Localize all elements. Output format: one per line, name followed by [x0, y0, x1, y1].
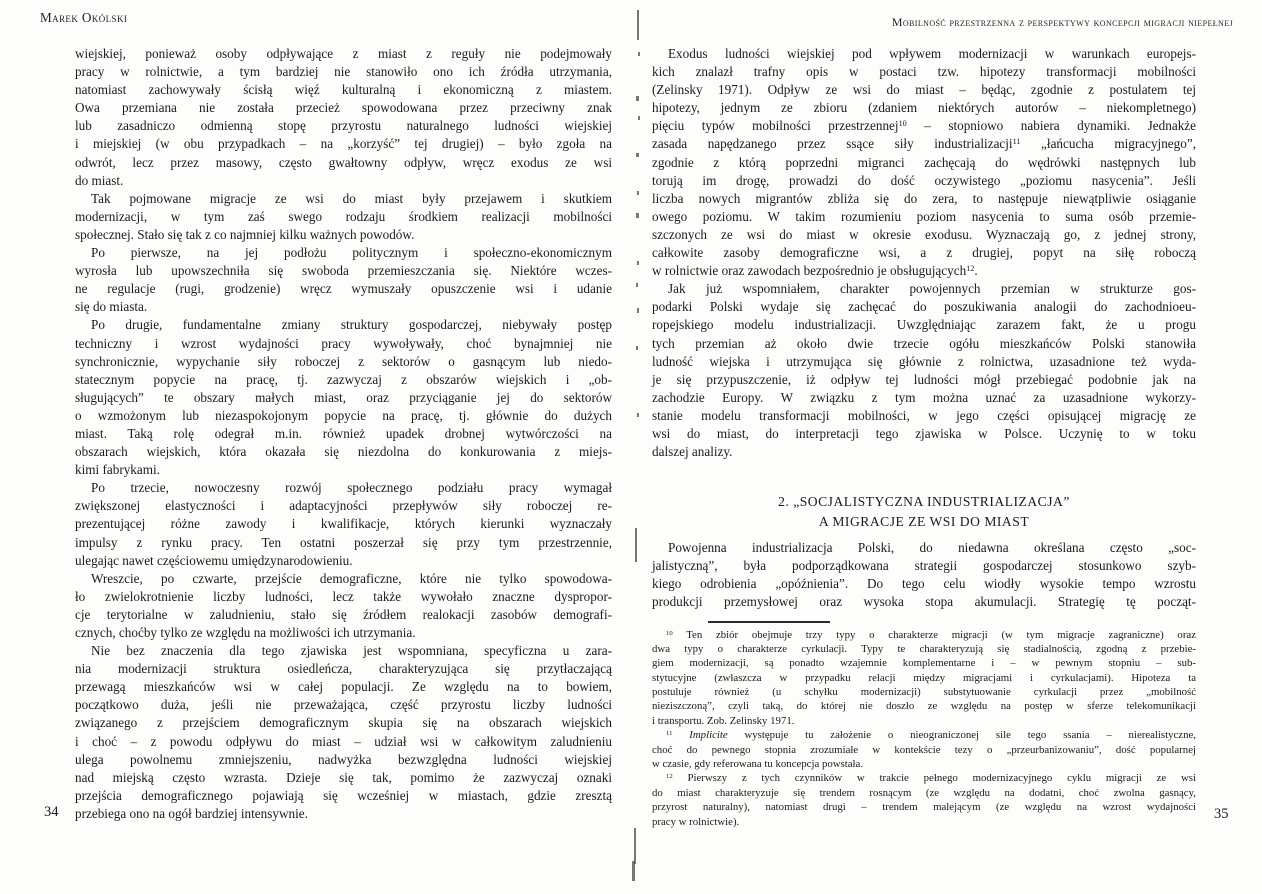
text-line: jalistyczną”, była podporządkowana strat…	[652, 557, 1196, 575]
text-line: hipotezy, jednym ze zbioru (zdaniem niek…	[652, 99, 1196, 117]
text-line: postuluje również (u schyłku modernizacj…	[652, 685, 1196, 699]
text-line: ropejskiego modelu industrializacji. Uwz…	[652, 316, 1196, 334]
left-running-head: Marek Okólski	[40, 10, 127, 26]
gutter-scan-artifact	[638, 116, 640, 120]
text-line: zachodzie Europy. W związku z tym można …	[652, 389, 1196, 407]
text-line: Po trzecie, nowoczesny rozwój społeczneg…	[75, 479, 612, 497]
text-line: się do miasta.	[75, 298, 612, 316]
text-line: liczba nowych migrantów zbliża się do ze…	[652, 190, 1196, 208]
section-heading-line-2: A MIGRACJE ZE WSI DO MIAST	[652, 512, 1196, 532]
text-line: dalszej analizy.	[652, 443, 1196, 461]
text-line: w czasie, gdy referowana tu koncepcja po…	[652, 757, 1196, 771]
text-line: w rolnictwie oraz zawodach bezpośrednio …	[652, 262, 1196, 280]
text-line: prezentującej różne zawody i kwalifikacj…	[75, 515, 612, 533]
text-line: natomiast zachowywały ścisłą więź kultur…	[75, 81, 612, 99]
text-line: (Zelinsky 1971). Odpływ ze wsi do miast …	[652, 81, 1196, 99]
text-line: nia modernizacji struktura osiedleńcza, …	[75, 660, 612, 678]
gutter-scan-artifact	[635, 528, 637, 562]
text-line: nieziszczoną”, czyli taką, do której nie…	[652, 699, 1196, 713]
text-line: zasada napędzanego przez ssące siły indu…	[652, 135, 1196, 153]
gutter-scan-artifact	[637, 308, 639, 313]
text-line: 10 Ten zbiór obejmuje trzy typy o charak…	[652, 628, 1196, 642]
text-line: i transportu. Zob. Zelinsky 1971.	[652, 714, 1196, 728]
right-page-paragraphs-after-heading: Powojenna industrializacja Polski, do ni…	[652, 539, 1196, 611]
footnote-separator	[708, 621, 830, 623]
text-line: przejścia demograficznego pojawiają się …	[75, 787, 612, 805]
text-line: modernizacji, w tym zaś swego rodzaju śr…	[75, 208, 612, 226]
text-line: społecznej. Stało się tak z co najmniej …	[75, 226, 612, 244]
text-line: Wreszcie, po czwarte, przejście demograf…	[75, 570, 612, 588]
text-line: Tak pojmowane migracje ze wsi do miast b…	[75, 190, 612, 208]
gutter-scan-artifact	[637, 10, 639, 40]
gutter-scan-artifact	[637, 261, 639, 265]
text-line: nad miejską często wzrasta. Dzieje się t…	[75, 769, 612, 787]
text-line: ludność wiejska i utrzymująca się główni…	[652, 353, 1196, 371]
gutter-scan-artifact	[636, 283, 638, 287]
text-line: ulega powolnemu zmniejszeniu, nadwyżka b…	[75, 751, 612, 769]
gutter-scan-artifact	[637, 413, 639, 417]
gutter-scan-artifact	[634, 828, 636, 864]
text-line: miast. Taką rolę odegrał m.in. również u…	[75, 425, 612, 443]
gutter-scan-artifact	[638, 52, 640, 56]
text-line: owego poziomu. W takim rozumieniu poziom…	[652, 208, 1196, 226]
text-line: impulsy z rynku pracy. Ten ostatni posze…	[75, 534, 612, 552]
text-line: Owa przemiana nie została przecież spowo…	[75, 99, 612, 117]
gutter-scan-artifact	[636, 96, 639, 101]
text-line: zgodnie z którą poprzedni migranci zachę…	[652, 154, 1196, 172]
text-line: kich znalazł trafny opis w postaci tzw. …	[652, 63, 1196, 81]
gutter-scan-artifact	[636, 346, 638, 350]
text-line: ło zwielokrotnienie liczby ludności, lec…	[75, 588, 612, 606]
text-line: początkowo duża, jeśli nie przeważająca,…	[75, 696, 612, 714]
text-line: sługujących” te obszary małych miast, or…	[75, 389, 612, 407]
text-line: techniczny i wzrost wydajności pracy wyw…	[75, 335, 612, 353]
text-line: ulegając nawet częściowemu umiędzynarodo…	[75, 552, 612, 570]
gutter-scan-artifact	[636, 213, 639, 218]
text-line: podarki Polski wydaje się zachęcać do po…	[652, 298, 1196, 316]
right-running-head: Mobilność przestrzenna z perspektywy kon…	[892, 15, 1233, 30]
text-line: synchronicznie, wypychanie siły roboczej…	[75, 353, 612, 371]
text-line: dwa typy o charakterze cyrkulacji. Typy …	[652, 642, 1196, 656]
text-line: wiejskiej, ponieważ osoby odpływające z …	[75, 45, 612, 63]
gutter-scan-artifact	[632, 861, 635, 881]
text-line: wsi do miast, do interpretacji tego zjaw…	[652, 425, 1196, 443]
gutter-scan-artifact	[637, 191, 639, 195]
text-line: do miast charakteryzuje się trendem rosn…	[652, 786, 1196, 800]
text-line: przyrost naturalny), natomiast drugi – t…	[652, 800, 1196, 814]
text-line: 12 Pierwszy z tych czynników w trakcie p…	[652, 771, 1196, 785]
right-page-paragraphs: Exodus ludności wiejskiej pod wpływem mo…	[652, 45, 1196, 461]
text-line: statecznym popycie na pracę, tj. zazwycz…	[75, 371, 612, 389]
text-line: zwiększonej elastyczności i adaptacyjnoś…	[75, 497, 612, 515]
text-line: całkowite zasoby demograficzne wsi, a z …	[652, 244, 1196, 262]
text-line: Nie bez znaczenia dla tego zjawiska jest…	[75, 642, 612, 660]
text-line: odwrót, lecz przez masowy, często gwałto…	[75, 154, 612, 172]
text-line: stanie modelu transformacji mobilności, …	[652, 407, 1196, 425]
text-line: pięciu typów mobilności przestrzennej10 …	[652, 117, 1196, 135]
text-line: i choć – z powodu odpływu do miast – udz…	[75, 733, 612, 751]
text-line: torują im drogę, prowadzi do dość oczywi…	[652, 172, 1196, 190]
text-line: obszarach wiejskich, która okazała się n…	[75, 443, 612, 461]
text-line: kimi fabrykami.	[75, 461, 612, 479]
text-line: giem modernizacji, są ponadto wzajemnie …	[652, 656, 1196, 670]
right-page-text: Exodus ludności wiejskiej pod wpływem mo…	[652, 45, 1196, 829]
text-line: wyrosła lub upowszechniła się swoboda pr…	[75, 262, 612, 280]
text-line: pracy w rolnictwie).	[652, 815, 1196, 829]
text-line: tych przemian aż około dwie trzecie ogół…	[652, 335, 1196, 353]
text-line: Jak już wspomniałem, charakter powojenny…	[652, 280, 1196, 298]
footnotes: 10 Ten zbiór obejmuje trzy typy o charak…	[652, 628, 1196, 829]
text-line: produkcji przemysłowej oraz wysoka stopa…	[652, 593, 1196, 611]
text-line: pracy w rolnictwie, a tym bardziej nie s…	[75, 63, 612, 81]
text-line: lub zasadniczo odmienną stopę przyrostu …	[75, 117, 612, 135]
text-line: 11 Implicite występuje tu założenie o ni…	[652, 728, 1196, 742]
text-line: Exodus ludności wiejskiej pod wpływem mo…	[652, 45, 1196, 63]
text-line: przewagą mieszkańców wsi w całej populac…	[75, 678, 612, 696]
left-page-number: 34	[44, 804, 59, 821]
text-line: i miejskiej (w obu przypadkach – na „kor…	[75, 135, 612, 153]
gutter-scan-artifact	[636, 153, 639, 157]
section-heading: 2. „SOCJALISTYCZNA INDUSTRIALIZACJA” A M…	[652, 492, 1196, 532]
text-line: o wzmożonym lub niezaspokojonym popycie …	[75, 407, 612, 425]
text-line: je się przypuszczenie, iż odpływ tej lud…	[652, 371, 1196, 389]
section-heading-line-1: 2. „SOCJALISTYCZNA INDUSTRIALIZACJA”	[652, 492, 1196, 512]
text-line: ne regulacje (rugi, grodzenie) wręcz wym…	[75, 280, 612, 298]
text-line: cje terytorialne w zaludnieniu, stało si…	[75, 606, 612, 624]
right-page-number: 35	[1214, 806, 1229, 823]
text-line: do miast.	[75, 172, 612, 190]
text-line: stytucyjne (zwłaszcza w przypadku relacj…	[652, 671, 1196, 685]
left-page-text: wiejskiej, ponieważ osoby odpływające z …	[75, 45, 612, 823]
text-line: Powojenna industrializacja Polski, do ni…	[652, 539, 1196, 557]
text-line: kiego odrobienia „opóźnienia”. Do tego c…	[652, 575, 1196, 593]
text-line: Po drugie, fundamentalne zmiany struktur…	[75, 316, 612, 334]
text-line: szczonych ze wsi do miast w okresie exod…	[652, 226, 1196, 244]
text-line: cznych, choćby tylko ze względu na możli…	[75, 624, 612, 642]
text-line: związanego z przejściem demograficznym s…	[75, 714, 612, 732]
text-line: choć do pewnego stopnia zrozumiałe w kon…	[652, 743, 1196, 757]
text-line: przebiega ono na ogół bardziej intensywn…	[75, 805, 612, 823]
text-line: Po pierwsze, na jej podłożu politycznym …	[75, 244, 612, 262]
